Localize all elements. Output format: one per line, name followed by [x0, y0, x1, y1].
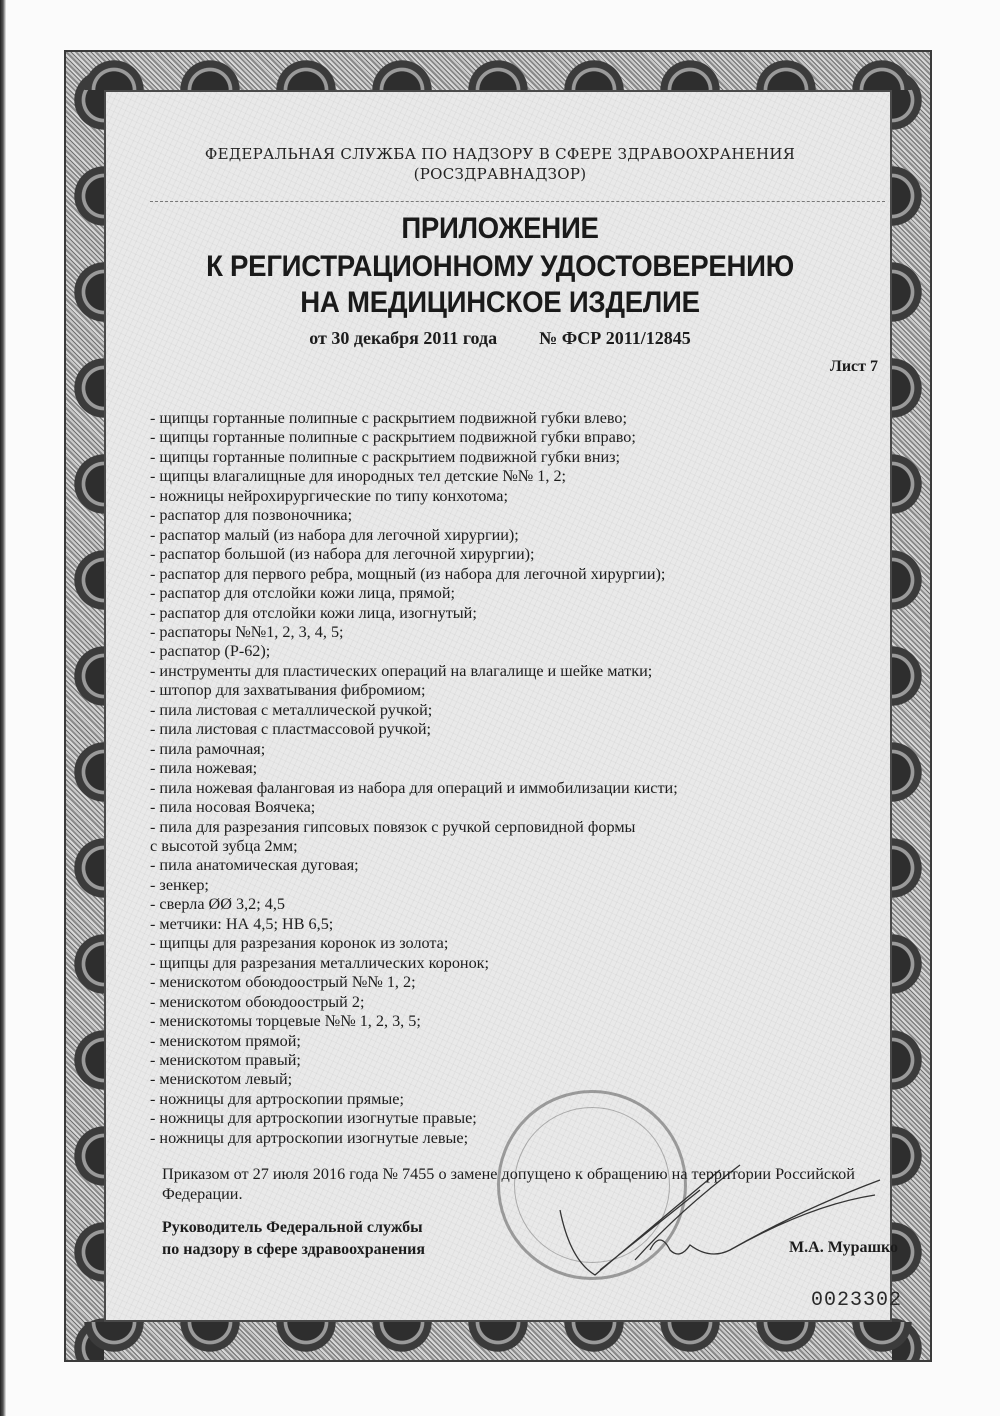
list-item: - пила для разрезания гипсовых повязок с… — [150, 818, 850, 837]
list-item: - распатор большой (из набора для легочн… — [150, 545, 850, 564]
list-item: - ножницы для артроскопии изогнутые левы… — [150, 1129, 850, 1148]
agency-abbreviation: (РОСЗДРАВНАДЗОР) — [0, 165, 1000, 183]
list-item: - распатор для отслойки кожи лица, прямо… — [150, 584, 850, 603]
list-item: - пила рамочная; — [150, 740, 850, 759]
document-subtitle-line1: К РЕГИСТРАЦИОННОМУ УДОСТОВЕРЕНИЮ — [40, 250, 960, 284]
list-item: - щипцы гортанные полипные с раскрытием … — [150, 428, 850, 447]
form-serial-number: 0023302 — [811, 1289, 902, 1312]
list-item: - пила ножевая фаланговая из набора для … — [150, 779, 850, 798]
certificate-number: № ФСР 2011/12845 — [539, 328, 691, 349]
document-title: ПРИЛОЖЕНИЕ — [40, 212, 960, 246]
list-item: - менискотом правый; — [150, 1051, 850, 1070]
device-list: - щипцы гортанные полипные с раскрытием … — [150, 409, 850, 1148]
list-item: - распатор (Р-62); — [150, 642, 850, 661]
signatory-name: М.А. Мурашко — [789, 1239, 898, 1257]
certificate-reference: от 30 декабря 2011 года№ ФСР 2011/12845 — [0, 328, 1000, 349]
list-item: - распаторы №№1, 2, 3, 4, 5; — [150, 623, 850, 642]
list-item: - метчики: НА 4,5; НВ 6,5; — [150, 915, 850, 934]
list-item: - менискотомы торцевые №№ 1, 2, 3, 5; — [150, 1012, 850, 1031]
list-item: - менискотом обоюдоострый №№ 1, 2; — [150, 973, 850, 992]
list-item: - менискотом прямой; — [150, 1032, 850, 1051]
list-item: - распатор для позвоночника; — [150, 506, 850, 525]
certificate-date: от 30 декабря 2011 года — [309, 328, 497, 349]
signatory-position-line2: по надзору в сфере здравоохранения — [162, 1239, 425, 1261]
list-item: - менискотом обоюдоострый 2; — [150, 993, 850, 1012]
list-item: - щипцы для разрезания металлических кор… — [150, 954, 850, 973]
list-item: - пила анатомическая дуговая; — [150, 856, 850, 875]
list-item: с высотой зубца 2мм; — [150, 837, 850, 856]
list-item: - ножницы для артроскопии изогнутые прав… — [150, 1109, 850, 1128]
list-item: - щипцы для разрезания коронок из золота… — [150, 934, 850, 953]
sheet-number: Лист 7 — [830, 358, 878, 376]
list-item: - пила носовая Воячека; — [150, 798, 850, 817]
list-item: - пила листовая с пластмассовой ручкой; — [150, 720, 850, 739]
list-item: - щипцы гортанные полипные с раскрытием … — [150, 409, 850, 428]
list-item: - распатор для отслойки кожи лица, изогн… — [150, 604, 850, 623]
list-item: - ножницы нейрохирургические по типу кон… — [150, 487, 850, 506]
list-item: - менискотом левый; — [150, 1070, 850, 1089]
agency-name: ФЕДЕРАЛЬНАЯ СЛУЖБА ПО НАДЗОРУ В СФЕРЕ ЗД… — [0, 145, 1000, 163]
list-item: - штопор для захватывания фибромиом; — [150, 681, 850, 700]
list-item: - пила листовая с металлической ручкой; — [150, 701, 850, 720]
list-item: - распатор малый (из набора для легочной… — [150, 526, 850, 545]
document-subtitle-line2: НА МЕДИЦИНСКОЕ ИЗДЕЛИЕ — [40, 286, 960, 320]
order-note: Приказом от 27 июля 2016 года № 7455 о з… — [162, 1164, 902, 1204]
list-item: - щипцы влагалищные для инородных тел де… — [150, 467, 850, 486]
scan-edge — [0, 0, 6, 1416]
list-item: - инструменты для пластических операций … — [150, 662, 850, 681]
list-item: - сверла ØØ 3,2; 4,5 — [150, 895, 850, 914]
signatory-position-line1: Руководитель Федеральной службы — [162, 1217, 425, 1239]
header-divider — [150, 201, 885, 202]
signatory-position: Руководитель Федеральной службы по надзо… — [162, 1217, 425, 1261]
list-item: - распатор для первого ребра, мощный (из… — [150, 565, 850, 584]
list-item: - ножницы для артроскопии прямые; — [150, 1090, 850, 1109]
list-item: - зенкер; — [150, 876, 850, 895]
list-item: - пила ножевая; — [150, 759, 850, 778]
list-item: - щипцы гортанные полипные с раскрытием … — [150, 448, 850, 467]
